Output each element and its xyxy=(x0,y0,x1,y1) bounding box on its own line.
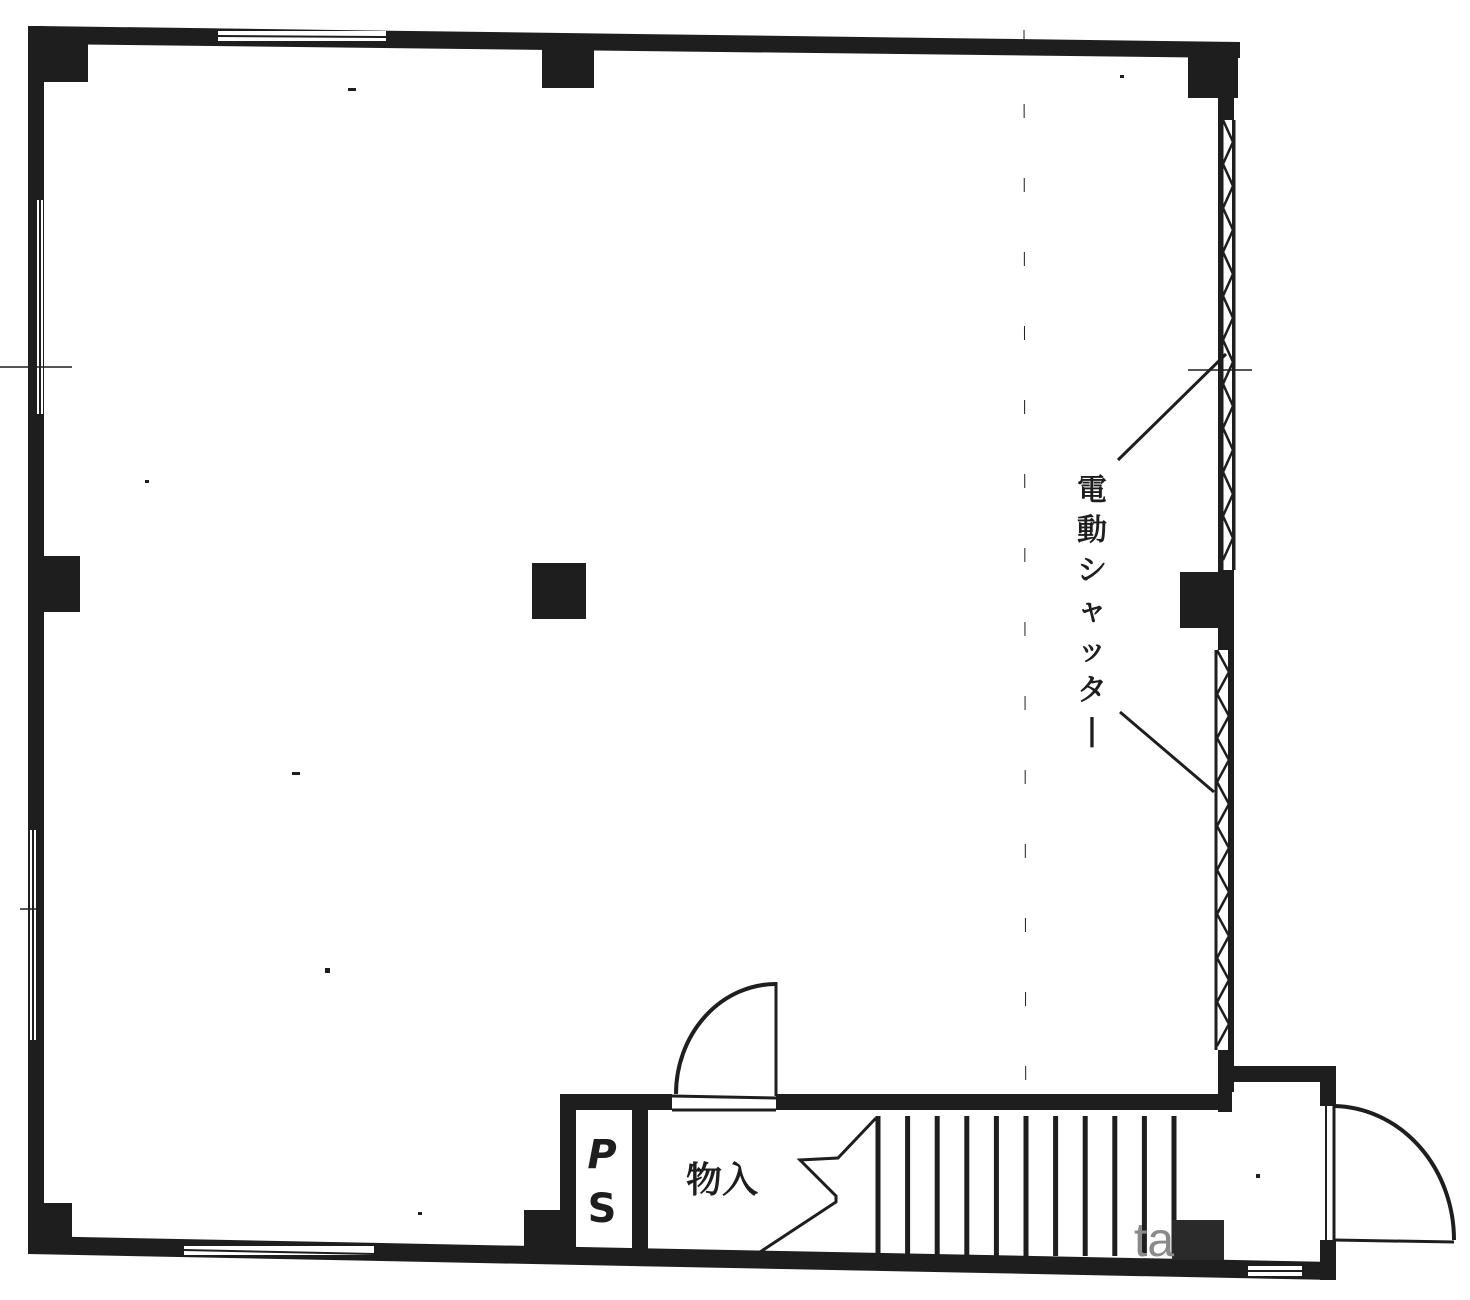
window-bottom xyxy=(184,1246,374,1255)
column-center xyxy=(532,563,586,619)
window-top xyxy=(218,31,386,41)
outer-walls xyxy=(28,26,1336,1280)
storage-label: 物入 xyxy=(686,1160,758,1201)
entrance-door xyxy=(1322,1106,1454,1242)
columns xyxy=(38,38,1238,1254)
storage-room-door xyxy=(672,982,776,1110)
watermark: ta xyxy=(1134,1214,1224,1267)
shutter-label: 電動シャッタ| xyxy=(1077,473,1107,748)
ps-label-p: P xyxy=(587,1132,616,1178)
column-left-middle xyxy=(38,556,80,612)
column-top-middle xyxy=(542,46,594,88)
column-right-middle xyxy=(1180,572,1234,628)
column-bottom-left xyxy=(38,1203,72,1247)
pipe-shaft: P S xyxy=(587,1132,616,1232)
column-top-right xyxy=(1188,48,1238,98)
floor-plan: 電動シャッタ| P S 物入 ta xyxy=(0,0,1470,1300)
window-entry-bottom xyxy=(1248,1266,1302,1276)
ps-label-s: S xyxy=(588,1186,617,1232)
column-bottom-middle xyxy=(524,1210,564,1254)
staircase xyxy=(760,1116,1174,1256)
column-top-left xyxy=(38,38,88,82)
svg-text:ta: ta xyxy=(1134,1214,1174,1267)
